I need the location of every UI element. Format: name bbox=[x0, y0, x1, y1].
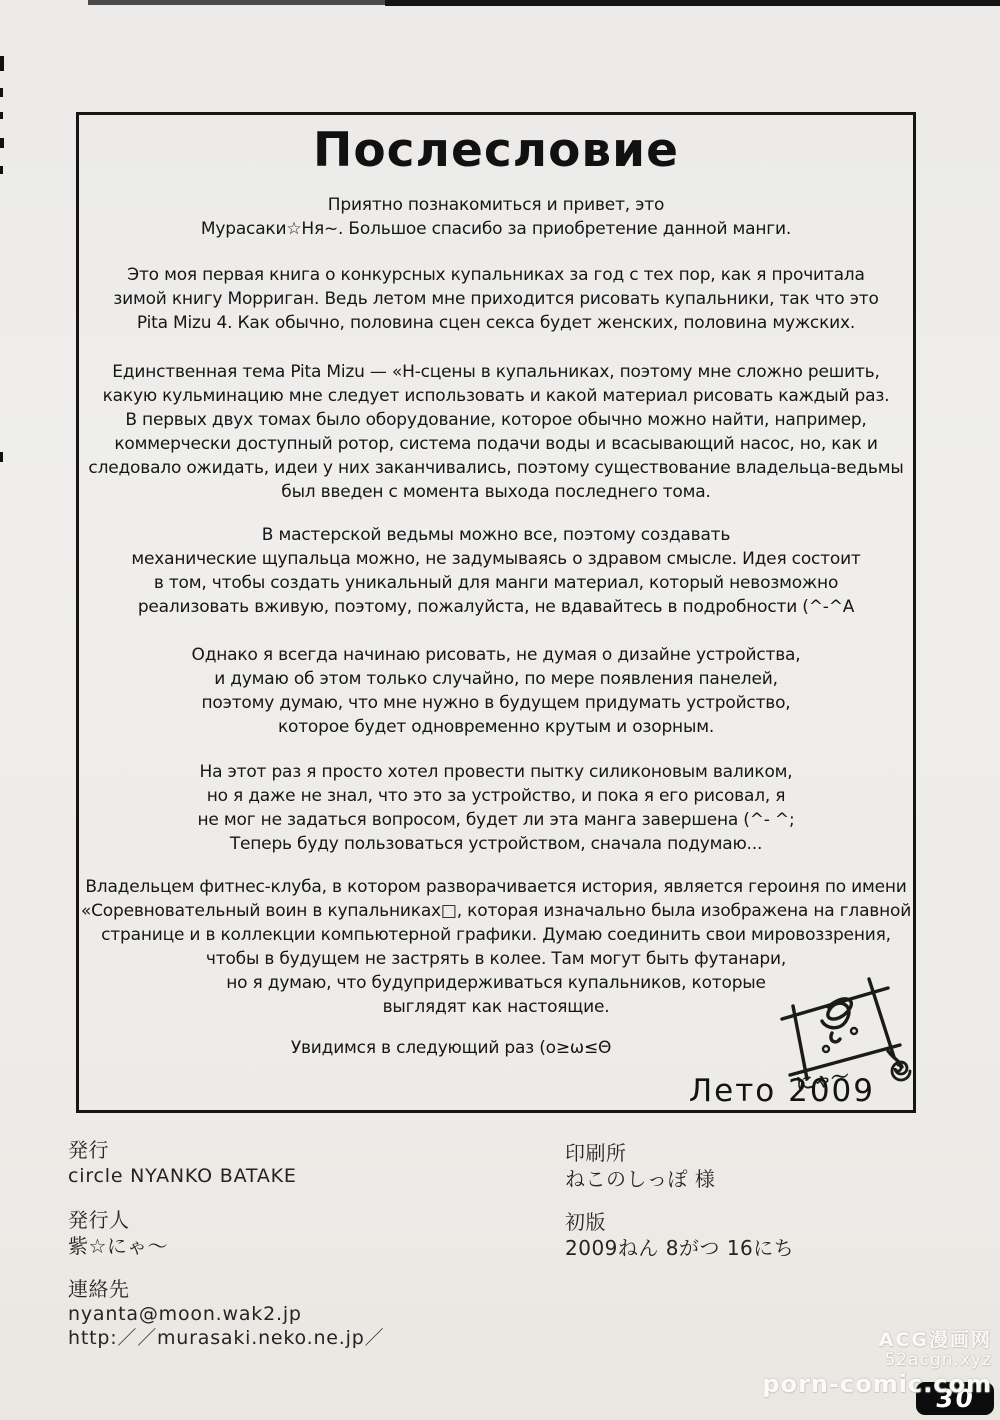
contact-label: 連絡先 bbox=[68, 1277, 130, 1301]
contact-email: nyanta@moon.wak2.jp bbox=[68, 1302, 302, 1326]
page-title: Послесловие bbox=[79, 123, 913, 178]
contact-website: http:／／murasaki.neko.ne.jp／ bbox=[68, 1326, 384, 1350]
edition-date: 2009ねん 8がつ 16にち bbox=[565, 1236, 794, 1260]
watermark-line-2: 52acgn.xyz bbox=[762, 1351, 992, 1370]
scan-speck bbox=[0, 112, 3, 119]
afterword-paragraph-6: На этот раз я просто хотел провести пытк… bbox=[79, 760, 913, 856]
printer-name: ねこのしっぽ 様 bbox=[565, 1167, 715, 1191]
scan-top-bar-gray bbox=[88, 0, 388, 5]
issuer-label: 発行人 bbox=[68, 1208, 130, 1232]
scan-top-bar-black bbox=[385, 0, 1000, 6]
signoff-line: Увидимся в следующий раз (o≥ω≤Θ bbox=[79, 1038, 823, 1058]
afterword-paragraph-2: Это моя первая книга о конкурсных купаль… bbox=[79, 263, 913, 335]
scan-speck bbox=[0, 452, 3, 462]
scan-speck bbox=[0, 56, 4, 71]
afterword-paragraph-3: Единственная тема Pita Mizu — «Н-сцены в… bbox=[79, 360, 913, 504]
afterword-paragraph-4: В мастерской ведьмы можно все, поэтому с… bbox=[79, 523, 913, 619]
printer-label: 印刷所 bbox=[565, 1141, 627, 1165]
watermark-line-1: ACG漫画网 bbox=[762, 1330, 992, 1351]
publisher-name: circle NYANKO BATAKE bbox=[68, 1164, 297, 1188]
edition-label: 初版 bbox=[565, 1210, 606, 1234]
date-line: Лето 2009 bbox=[689, 1073, 875, 1109]
watermark-line-3: porn-comic.com bbox=[762, 1371, 992, 1397]
publisher-label: 発行 bbox=[68, 1138, 109, 1162]
afterword-paragraph-1: Приятно познакомиться и привет, этоМурас… bbox=[79, 193, 913, 241]
scan-speck bbox=[0, 166, 3, 174]
issuer-name: 紫☆にゃ～ bbox=[68, 1234, 168, 1258]
afterword-frame: Послесловие Приятно познакомиться и прив… bbox=[76, 112, 916, 1113]
scan-speck bbox=[0, 88, 3, 97]
afterword-paragraph-5: Однако я всегда начинаю рисовать, не дум… bbox=[79, 643, 913, 739]
scan-speck bbox=[0, 138, 4, 148]
watermark: ACG漫画网 52acgn.xyz porn-comic.com bbox=[762, 1330, 992, 1397]
